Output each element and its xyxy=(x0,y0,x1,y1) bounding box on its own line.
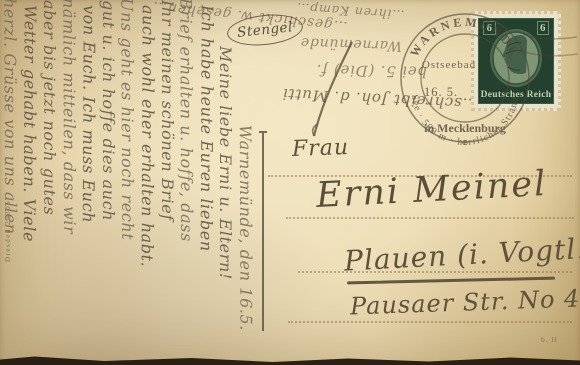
address-street: Pausaer Str. No 40II xyxy=(350,283,580,320)
center-divider-line xyxy=(262,133,264,331)
corner-print-mark: b. H xyxy=(541,335,558,344)
upside-down-note: …schreibt Joh. d. Mutti xyxy=(282,85,478,113)
house-number: No 40 xyxy=(517,284,580,315)
address-dotted-line xyxy=(288,321,572,323)
postcard-back: Warnemünde, den 16.5. Meine liebe Erni u… xyxy=(0,0,580,365)
postmark-region: in Mecklenburg xyxy=(424,121,506,135)
message-line: Meine liebe Erni u. Eltern! xyxy=(216,0,236,365)
address-dotted-line xyxy=(298,271,572,273)
stamp-country-label: Deutsches Reich xyxy=(479,90,553,100)
address-name: Erni Meinel xyxy=(315,164,548,216)
upside-down-note: Warnemünde xyxy=(300,34,403,54)
message-line: gut u. ich hoffe dies auch xyxy=(98,0,118,365)
message-line: aber bis jetzt noch gutes xyxy=(39,0,59,365)
postmark-office: Ostseebad xyxy=(422,59,476,71)
hindenburg-portrait xyxy=(487,27,545,89)
message-line: nämlich mitteilen, dass wir xyxy=(58,0,79,363)
message-line: Uns geht es hier noch recht xyxy=(117,0,138,363)
message-line: Ich habe heute Euren lieben xyxy=(195,5,216,365)
message-line: Brief erhalten u. hoffe, dass xyxy=(176,0,197,363)
town-underline-stroke xyxy=(347,277,555,284)
message-line: Ihr meinen schönen Brief xyxy=(157,0,177,365)
address-salutation: Frau xyxy=(292,135,350,162)
upside-down-note: bei 5. (Die) f. xyxy=(316,61,427,81)
postage-stamp: 6 6 Deutsches Reich xyxy=(471,11,561,111)
message-line: herzl. Grüsse von uns allen xyxy=(0,0,21,363)
message-line: auch wohl eher erhalten habt. xyxy=(137,5,158,365)
stamp-design: 6 6 Deutsches Reich xyxy=(478,18,554,104)
postmark-symbol: ⊕ xyxy=(462,138,469,147)
address-dotted-line xyxy=(286,217,574,219)
street-name: Pausaer Str. xyxy=(350,287,510,321)
publisher-imprint: Dresden 29305 xyxy=(4,200,12,262)
publisher-mark-label: Stengel xyxy=(236,19,293,41)
message-line: von Euch. Ich muss Euch xyxy=(78,5,99,365)
stamp-value-left: 6 xyxy=(483,21,496,35)
message-line: Warnemünde, den 16.5. xyxy=(235,0,256,363)
handwritten-message: Warnemünde, den 16.5. Meine liebe Erni u… xyxy=(0,0,255,365)
stamp-values: 6 6 xyxy=(479,21,553,35)
stamp-value-right: 6 xyxy=(537,21,550,35)
message-line: Wetter gehabt haben. Viele xyxy=(19,5,40,365)
